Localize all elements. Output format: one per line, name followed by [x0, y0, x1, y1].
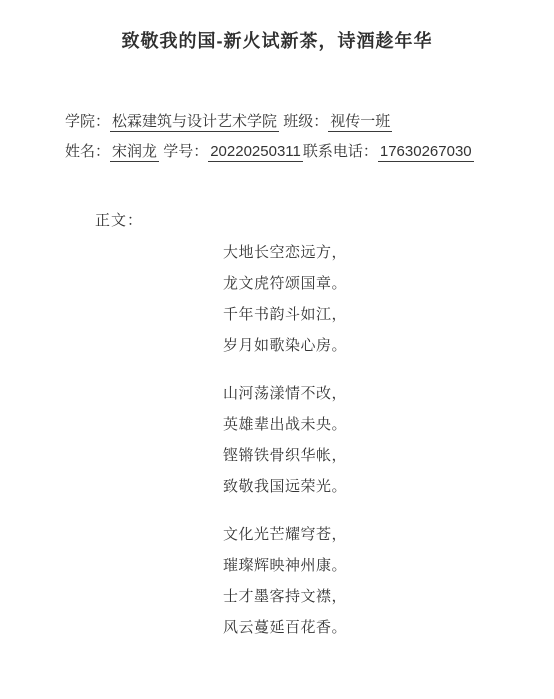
poem-line: 致敬我国远荣光。: [223, 479, 347, 494]
body-section-label: 正文：: [95, 209, 143, 230]
info-label: 姓名：: [65, 143, 110, 160]
poem-line: 岁月如歌染心房。: [223, 338, 347, 353]
poem-line: 士才墨客持文襟，: [223, 589, 347, 604]
poem-line: 千年书韵斗如江，: [223, 307, 347, 322]
poem-stanza-1: 大地长空恋远方，龙文虎符颂国章。千年书韵斗如江，岁月如歌染心房。: [223, 245, 347, 353]
document-title: 致敬我的国-新火试新茶，诗酒趁年华: [0, 27, 554, 53]
info-label: 学号：: [159, 143, 208, 160]
info-line-2: 姓名：宋润龙 学号：20220250311联系电话：17630267030: [65, 141, 514, 171]
info-label: 学院：: [65, 113, 110, 130]
document-page: 致敬我的国-新火试新茶，诗酒趁年华 学院：松霖建筑与设计艺术学院 班级：视传一班…: [0, 0, 554, 699]
poem-stanza-3: 文化光芒耀穹苍，璀璨辉映神州康。士才墨客持文襟，风云蔓延百花香。: [223, 527, 347, 635]
info-value: 宋润龙: [110, 143, 159, 162]
info-label: 联系电话：: [303, 143, 378, 160]
info-line-1: 学院：松霖建筑与设计艺术学院 班级：视传一班: [65, 111, 514, 141]
poem-line: 璀璨辉映神州康。: [223, 558, 347, 573]
info-value: 松霖建筑与设计艺术学院: [110, 113, 279, 132]
info-value: 视传一班: [328, 113, 392, 132]
poem-line: 龙文虎符颂国章。: [223, 276, 347, 291]
poem-body: 大地长空恋远方，龙文虎符颂国章。千年书韵斗如江，岁月如歌染心房。山河荡漾情不改，…: [223, 245, 347, 668]
info-value: 20220250311: [208, 143, 303, 162]
student-info-block: 学院：松霖建筑与设计艺术学院 班级：视传一班姓名：宋润龙 学号：20220250…: [65, 111, 514, 171]
info-value: 17630267030: [378, 143, 474, 162]
poem-line: 风云蔓延百花香。: [223, 620, 347, 635]
poem-stanza-2: 山河荡漾情不改，英雄辈出战未央。铿锵铁骨织华帐，致敬我国远荣光。: [223, 386, 347, 494]
info-label: 班级：: [279, 113, 328, 130]
poem-line: 山河荡漾情不改，: [223, 386, 347, 401]
poem-line: 大地长空恋远方，: [223, 245, 347, 260]
poem-line: 英雄辈出战未央。: [223, 417, 347, 432]
poem-line: 铿锵铁骨织华帐，: [223, 448, 347, 463]
poem-line: 文化光芒耀穹苍，: [223, 527, 347, 542]
